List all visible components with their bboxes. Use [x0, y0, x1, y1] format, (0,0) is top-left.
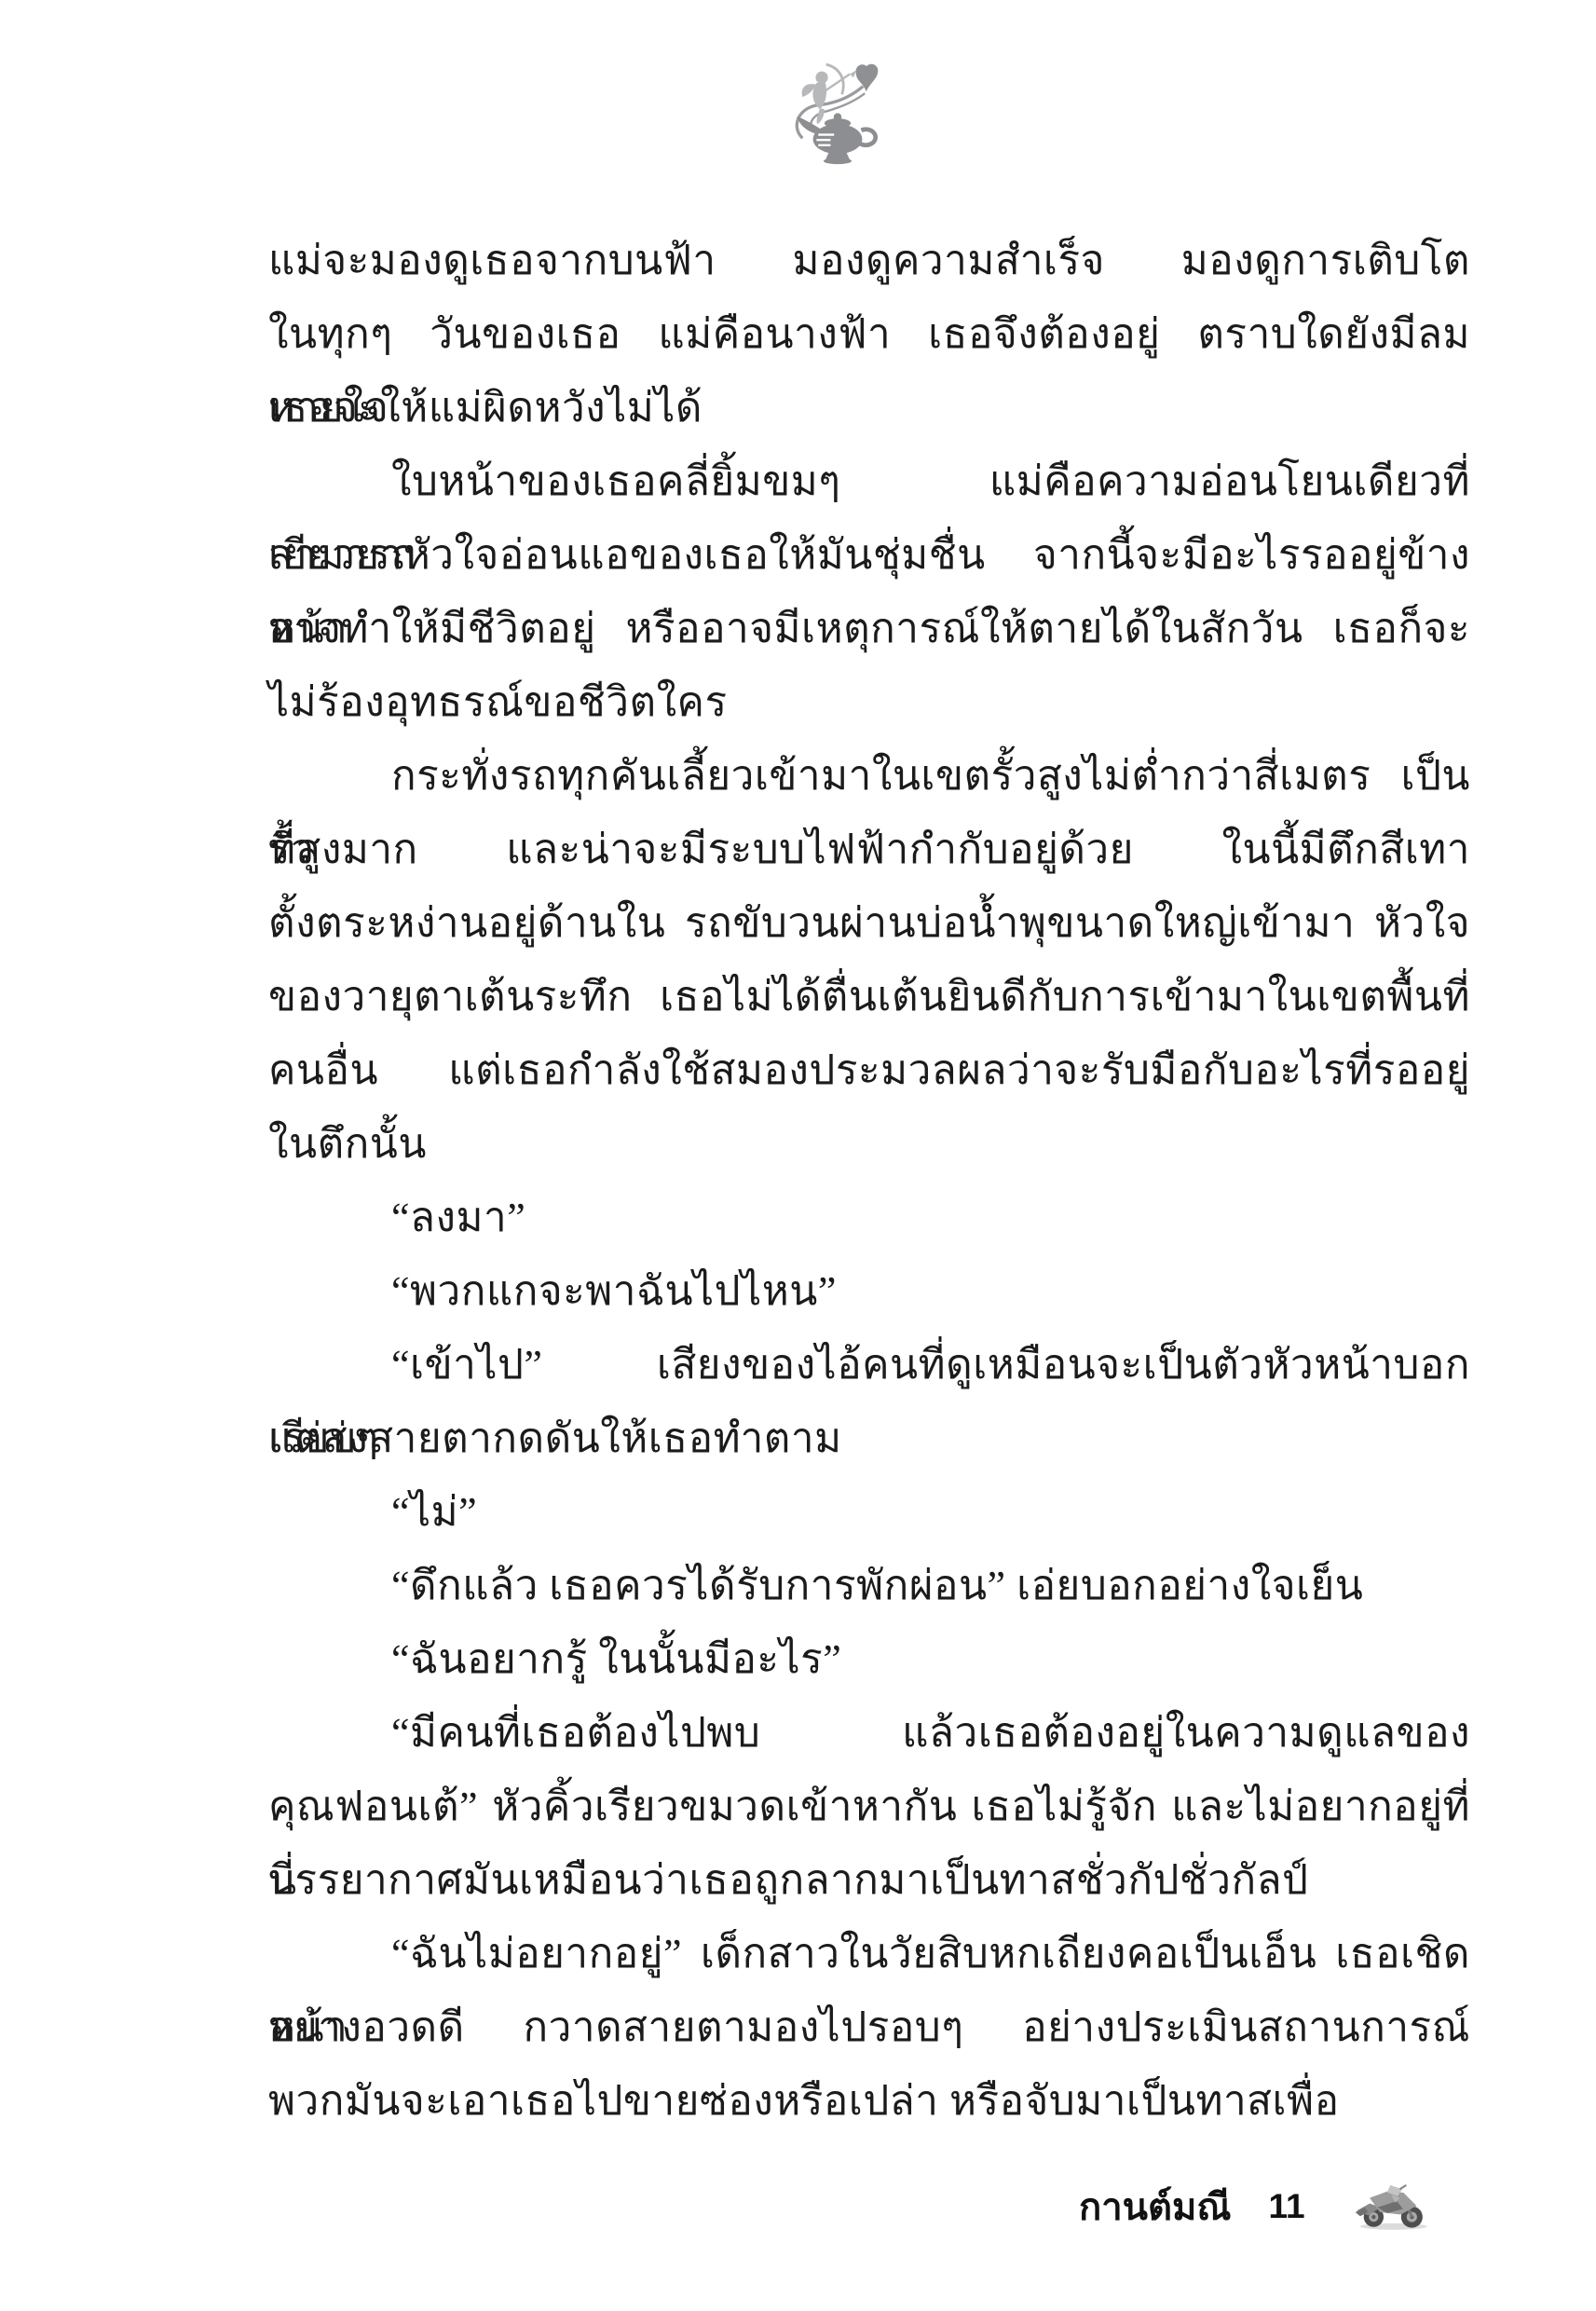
running-footer-book-title: กานต์มณี [1079, 2177, 1231, 2236]
text-line: แม่จะมองดูเธอจากบนฟ้า มองดูความสำเร็จ มอ… [268, 224, 1470, 297]
cupid-lamp-ornament-icon [776, 51, 899, 172]
text-line: ที่สูงมาก และน่าจะมีระบบไฟฟ้ากำกับอยู่ด้… [268, 813, 1470, 886]
text-line: ในทุกๆ วันของเธอ แม่คือนางฟ้า เธอจึงต้อง… [268, 297, 1470, 371]
text-line-dialogue: “ไม่” [268, 1475, 1470, 1549]
text-line: พวกมันจะเอาเธอไปขายซ่องหรือเปล่า หรือจับ… [268, 2064, 1470, 2138]
text-line: คนอื่น แต่เธอกำลังใช้สมองประมวลผลว่าจะรั… [268, 1033, 1470, 1107]
page-number: 11 [1268, 2187, 1304, 2226]
text-line: อาจทำให้มีชีวิตอยู่ หรืออาจมีเหตุการณ์ให… [268, 592, 1470, 665]
text-line: เธอจะให้แม่ผิดหวังไม่ได้ [268, 371, 1470, 444]
text-line: ไม่ร้องอุทธรณ์ขอชีวิตใคร [268, 665, 1470, 739]
text-line-dialogue: “ฉันไม่อยากอยู่” เด็กสาวในวัยสิบหกเถียงค… [268, 1917, 1470, 1990]
text-line: บรรยากาศมันเหมือนว่าเธอถูกลากมาเป็นทาสชั… [268, 1843, 1470, 1917]
text-line: แต่ส่งสายตากดดันให้เธอทำตาม [268, 1402, 1470, 1475]
body-text-block: แม่จะมองดูเธอจากบนฟ้า มองดูความสำเร็จ มอ… [268, 224, 1470, 2138]
text-line-dialogue: “พวกแกจะพาฉันไปไหน” [268, 1254, 1470, 1328]
motorcycle-icon [1354, 2176, 1433, 2237]
page-footer: กานต์มณี 11 [1079, 2167, 1433, 2246]
text-line: กระทั่งรถทุกคันเลี้ยวเข้ามาในเขตรั้วสูงไ… [268, 739, 1470, 813]
text-line-dialogue: “เข้าไป” เสียงของไอ้คนที่ดูเหมือนจะเป็นต… [268, 1328, 1470, 1402]
text-line: ของวายุตาเต้นระทึก เธอไม่ได้ตื่นเต้นยินด… [268, 960, 1470, 1033]
text-line-dialogue: “ลงมา” [268, 1181, 1470, 1254]
text-line: เยียวยาหัวใจอ่อนแอของเธอให้มันชุ่มชื่น จ… [268, 518, 1470, 592]
text-line: ใบหน้าของเธอคลี่ยิ้มขมๆ แม่คือความอ่อนโย… [268, 444, 1470, 518]
text-line: ตั้งตระหง่านอยู่ด้านใน รถขับวนผ่านบ่อน้ำ… [268, 886, 1470, 960]
text-line-dialogue: “ฉันอยากรู้ ในนั้นมีอะไร” [268, 1622, 1470, 1696]
text-line: ในตึกนั้น [268, 1107, 1470, 1181]
text-line-dialogue: “ดึกแล้ว เธอควรได้รับการพักผ่อน” เอ่ยบอก… [268, 1549, 1470, 1622]
text-line-dialogue: “มีคนที่เธอต้องไปพบ แล้วเธอต้องอยู่ในควา… [268, 1696, 1470, 1770]
text-line: คุณฟอนเต้” หัวคิ้วเรียวขมวดเข้าหากัน เธอ… [268, 1770, 1470, 1843]
text-line: อย่างอวดดี กวาดสายตามองไปรอบๆ อย่างประเม… [268, 1990, 1470, 2064]
book-page: แม่จะมองดูเธอจากบนฟ้า มองดูความสำเร็จ มอ… [0, 0, 1596, 2311]
